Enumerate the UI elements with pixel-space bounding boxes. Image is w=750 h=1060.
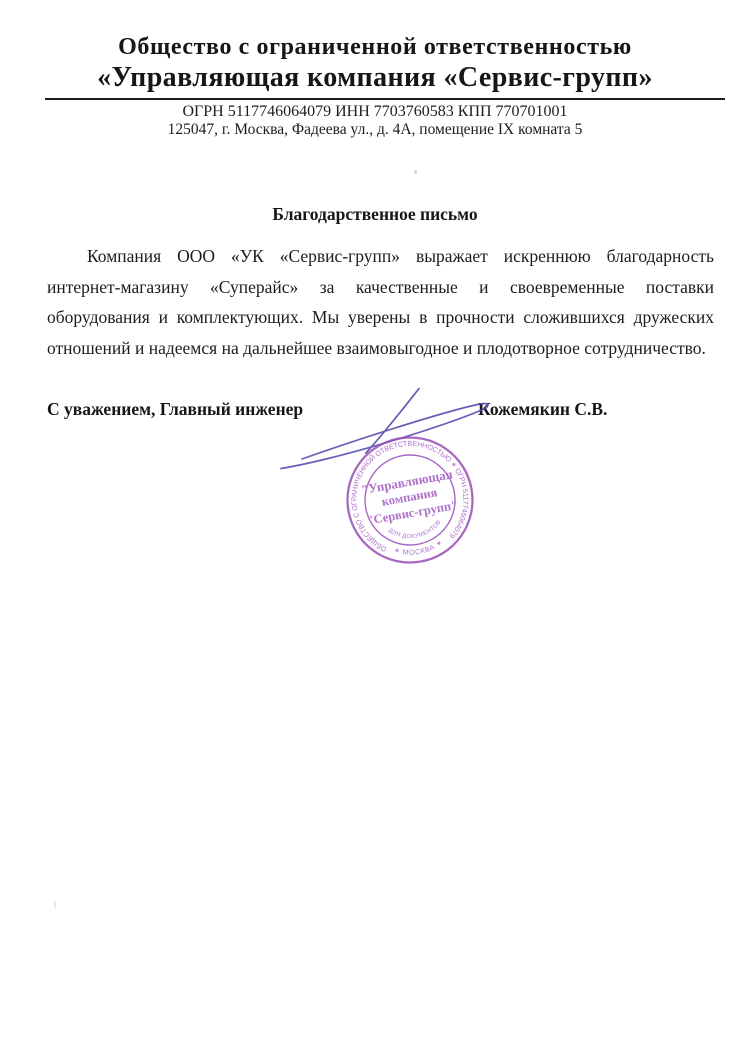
letter-title: Благодарственное письмо bbox=[0, 204, 750, 225]
letter-page: Общество с ограниченной ответственностью… bbox=[0, 0, 750, 1060]
letterhead: Общество с ограниченной ответственностью… bbox=[0, 33, 750, 94]
letter-body: Компания ООО «УК «Сервис-групп» выражает… bbox=[47, 241, 714, 363]
body-line: интернет-магазину «Суперайс» за качестве… bbox=[47, 272, 714, 303]
org-name-line: «Управляющая компания «Сервис-групп» bbox=[0, 61, 750, 94]
company-address: 125047, г. Москва, Фадеева ул., д. 4А, п… bbox=[0, 121, 750, 139]
body-line: оборудования и комплектующих. Мы уверены… bbox=[47, 302, 714, 333]
company-round-stamp: ОБЩЕСТВО С ОГРАНИЧЕННОЙ ОТВЕТСТВЕННОСТЬЮ… bbox=[330, 420, 490, 580]
scan-speck bbox=[54, 901, 56, 908]
body-line: отношений и надеемся на дальнейшее взаим… bbox=[47, 333, 714, 364]
registration-numbers: ОГРН 5117746064079 ИНН 7703760583 КПП 77… bbox=[0, 103, 750, 121]
scan-speck bbox=[414, 170, 417, 174]
org-type-line: Общество с ограниченной ответственностью bbox=[0, 33, 750, 61]
signoff-text: С уважением, Главный инженер bbox=[47, 399, 303, 420]
letterhead-divider bbox=[45, 98, 725, 100]
body-line: Компания ООО «УК «Сервис-групп» выражает… bbox=[47, 241, 714, 272]
